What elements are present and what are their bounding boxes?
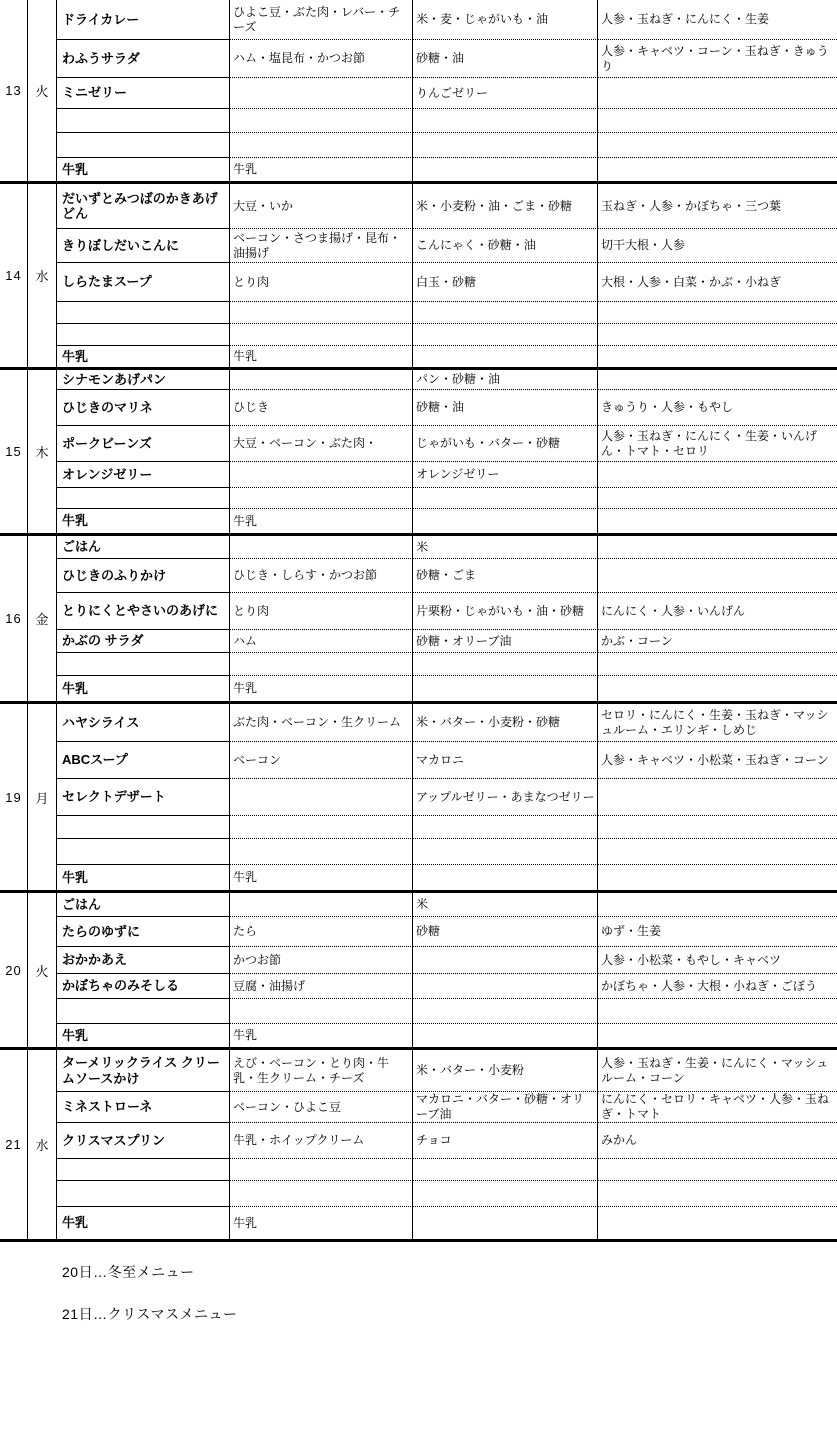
menu-row <box>57 302 837 324</box>
dish-name-cell <box>57 109 230 133</box>
day-rows: ターメリックライス クリームソースかけえび・ベーコン・とり肉・牛乳・生クリーム・… <box>57 1050 837 1239</box>
vegetable-ingredients-cell: にんにく・人参・いんげん <box>598 593 837 630</box>
carb-ingredients-cell <box>413 346 598 367</box>
protein-ingredients-cell: ベーコン <box>230 742 413 779</box>
dish-name-cell: ドライカレー <box>57 0 230 40</box>
carb-ingredients-cell <box>413 109 598 133</box>
dish-name-cell: ごはん <box>57 536 230 559</box>
carb-ingredients-cell: 砂糖・ごま <box>413 559 598 593</box>
dish-name-cell: ごはん <box>57 893 230 917</box>
menu-row <box>57 839 837 865</box>
carb-ingredients-cell: こんにゃく・砂糖・油 <box>413 229 598 263</box>
carb-ingredients-cell <box>413 865 598 890</box>
menu-row: わふうサラダハム・塩昆布・かつお節砂糖・油人参・キャベツ・コーン・玉ねぎ・きゅう… <box>57 40 837 78</box>
weekday-cell: 水 <box>28 1050 57 1239</box>
day-rows: ハヤシライスぶた肉・ベーコン・生クリーム米・バター・小麦粉・砂糖セロリ・にんにく… <box>57 704 837 890</box>
protein-ingredients-cell <box>230 488 413 509</box>
menu-row: オレンジゼリーオレンジゼリー <box>57 462 837 488</box>
dish-name-cell: 牛乳 <box>57 865 230 890</box>
menu-row <box>57 488 837 509</box>
day-block: 21水ターメリックライス クリームソースかけえび・ベーコン・とり肉・牛乳・生クリ… <box>0 1050 837 1242</box>
menu-row: かぼちゃのみそしる豆腐・油揚げかぼちゃ・人参・大根・小ねぎ・ごぼう <box>57 974 837 999</box>
carb-ingredients-cell: パン・砂糖・油 <box>413 370 598 390</box>
carb-ingredients-cell <box>413 488 598 509</box>
carb-ingredients-cell: 砂糖・油 <box>413 390 598 426</box>
lunch-menu-table: 13火ドライカレーひよこ豆・ぶた肉・レバー・チーズ米・麦・じゃがいも・油人参・玉… <box>0 0 837 1242</box>
weekday-cell: 火 <box>28 893 57 1047</box>
carb-ingredients-cell: マカロニ <box>413 742 598 779</box>
carb-ingredients-cell: 米 <box>413 893 598 917</box>
menu-row: 牛乳牛乳 <box>57 346 837 367</box>
carb-ingredients-cell: 砂糖・油 <box>413 40 598 78</box>
protein-ingredients-cell: えび・ベーコン・とり肉・牛乳・生クリーム・チーズ <box>230 1050 413 1092</box>
day-rows: だいずとみつばのかきあげどん大豆・いか米・小麦粉・油・ごま・砂糖玉ねぎ・人参・か… <box>57 184 837 367</box>
dish-name-cell: 牛乳 <box>57 509 230 533</box>
protein-ingredients-cell <box>230 1159 413 1181</box>
menu-row: セレクトデザートアップルゼリー・あまなつゼリー <box>57 779 837 816</box>
dish-name-cell <box>57 1181 230 1207</box>
vegetable-ingredients-cell <box>598 779 837 816</box>
menu-row: しらたまスープとり肉白玉・砂糖大根・人参・白菜・かぶ・小ねぎ <box>57 263 837 302</box>
protein-ingredients-cell: 豆腐・油揚げ <box>230 974 413 999</box>
dish-name-cell: おかかあえ <box>57 947 230 974</box>
protein-ingredients-cell: 大豆・いか <box>230 184 413 229</box>
menu-row: ドライカレーひよこ豆・ぶた肉・レバー・チーズ米・麦・じゃがいも・油人参・玉ねぎ・… <box>57 0 837 40</box>
dish-name-cell: クリスマスプリン <box>57 1123 230 1159</box>
date-cell: 14 <box>0 184 28 367</box>
protein-ingredients-cell: 牛乳 <box>230 676 413 701</box>
menu-row: ごはん米 <box>57 893 837 917</box>
day-block: 20火ごはん米たらのゆずにたら砂糖ゆず・生姜おかかあえかつお節人参・小松菜・もや… <box>0 893 837 1050</box>
protein-ingredients-cell: 牛乳 <box>230 1024 413 1047</box>
protein-ingredients-cell <box>230 816 413 839</box>
vegetable-ingredients-cell: きゅうり・人参・もやし <box>598 390 837 426</box>
protein-ingredients-cell: とり肉 <box>230 593 413 630</box>
dish-name-cell: かぼちゃのみそしる <box>57 974 230 999</box>
vegetable-ingredients-cell <box>598 488 837 509</box>
date-cell: 15 <box>0 370 28 533</box>
vegetable-ingredients-cell <box>598 653 837 676</box>
vegetable-ingredients-cell <box>598 346 837 367</box>
dish-name-cell <box>57 839 230 865</box>
dish-name-cell: 牛乳 <box>57 1024 230 1047</box>
vegetable-ingredients-cell: 人参・玉ねぎ・にんにく・生姜 <box>598 0 837 40</box>
protein-ingredients-cell <box>230 893 413 917</box>
menu-row: ミニゼリーりんごゼリー <box>57 78 837 109</box>
protein-ingredients-cell <box>230 370 413 390</box>
carb-ingredients-cell <box>413 974 598 999</box>
dish-name-cell: だいずとみつばのかきあげどん <box>57 184 230 229</box>
menu-row: 牛乳牛乳 <box>57 158 837 181</box>
dish-name-cell: ポークビーンズ <box>57 426 230 462</box>
dish-name-cell <box>57 324 230 346</box>
dish-name-cell: きりぼしだいこんに <box>57 229 230 263</box>
carb-ingredients-cell <box>413 509 598 533</box>
vegetable-ingredients-cell: 人参・玉ねぎ・生姜・にんにく・マッシュルーム・コーン <box>598 1050 837 1092</box>
menu-row: かぶの サラダハム砂糖・オリーブ油かぶ・コーン <box>57 630 837 653</box>
menu-row: ひじきのふりかけひじき・しらす・かつお節砂糖・ごま <box>57 559 837 593</box>
vegetable-ingredients-cell <box>598 509 837 533</box>
day-rows: シナモンあげパンパン・砂糖・油ひじきのマリネひじき砂糖・油きゅうり・人参・もやし… <box>57 370 837 533</box>
carb-ingredients-cell <box>413 839 598 865</box>
day-block: 13火ドライカレーひよこ豆・ぶた肉・レバー・チーズ米・麦・じゃがいも・油人参・玉… <box>0 0 837 184</box>
menu-row <box>57 324 837 346</box>
dish-name-cell: セレクトデザート <box>57 779 230 816</box>
weekday-cell: 火 <box>28 0 57 181</box>
dish-name-cell: ひじきのマリネ <box>57 390 230 426</box>
protein-ingredients-cell <box>230 324 413 346</box>
menu-row: 牛乳牛乳 <box>57 1207 837 1239</box>
menu-row: 牛乳牛乳 <box>57 865 837 890</box>
day-block: 16金ごはん米ひじきのふりかけひじき・しらす・かつお節砂糖・ごまとりにくとやさい… <box>0 536 837 704</box>
carb-ingredients-cell <box>413 1024 598 1047</box>
menu-row: ターメリックライス クリームソースかけえび・ベーコン・とり肉・牛乳・生クリーム・… <box>57 1050 837 1092</box>
protein-ingredients-cell: ひじき <box>230 390 413 426</box>
dish-name-cell <box>57 133 230 158</box>
protein-ingredients-cell: ひよこ豆・ぶた肉・レバー・チーズ <box>230 0 413 40</box>
carb-ingredients-cell <box>413 1207 598 1239</box>
dish-name-cell: 牛乳 <box>57 346 230 367</box>
date-cell: 21 <box>0 1050 28 1239</box>
menu-row: だいずとみつばのかきあげどん大豆・いか米・小麦粉・油・ごま・砂糖玉ねぎ・人参・か… <box>57 184 837 229</box>
carb-ingredients-cell: 米・小麦粉・油・ごま・砂糖 <box>413 184 598 229</box>
dish-name-cell <box>57 488 230 509</box>
menu-row <box>57 999 837 1024</box>
dish-name-cell: かぶの サラダ <box>57 630 230 653</box>
carb-ingredients-cell <box>413 158 598 181</box>
carb-ingredients-cell: 片栗粉・じゃがいも・油・砂糖 <box>413 593 598 630</box>
menu-row: クリスマスプリン牛乳・ホイップクリームチョコみかん <box>57 1123 837 1159</box>
carb-ingredients-cell <box>413 1181 598 1207</box>
dish-name-cell <box>57 816 230 839</box>
menu-row: 牛乳牛乳 <box>57 676 837 701</box>
menu-row: 牛乳牛乳 <box>57 1024 837 1047</box>
protein-ingredients-cell: ベーコン・ひよこ豆 <box>230 1092 413 1123</box>
protein-ingredients-cell: 牛乳・ホイップクリーム <box>230 1123 413 1159</box>
date-cell: 16 <box>0 536 28 701</box>
weekday-cell: 水 <box>28 184 57 367</box>
menu-row: ひじきのマリネひじき砂糖・油きゅうり・人参・もやし <box>57 390 837 426</box>
vegetable-ingredients-cell <box>598 536 837 559</box>
carb-ingredients-cell <box>413 653 598 676</box>
vegetable-ingredients-cell: かぶ・コーン <box>598 630 837 653</box>
menu-row: ごはん米 <box>57 536 837 559</box>
vegetable-ingredients-cell <box>598 324 837 346</box>
menu-row: ミネストローネベーコン・ひよこ豆マカロニ・バター・砂糖・オリーブ油にんにく・セロ… <box>57 1092 837 1123</box>
dish-name-cell: とりにくとやさいのあげに <box>57 593 230 630</box>
carb-ingredients-cell: アップルゼリー・あまなつゼリー <box>413 779 598 816</box>
vegetable-ingredients-cell <box>598 78 837 109</box>
footnotes: 20日…冬至メニュー 21日…クリスマスメニュー <box>62 1262 837 1324</box>
dish-name-cell: ターメリックライス クリームソースかけ <box>57 1050 230 1092</box>
protein-ingredients-cell: 牛乳 <box>230 865 413 890</box>
vegetable-ingredients-cell <box>598 999 837 1024</box>
vegetable-ingredients-cell: にんにく・セロリ・キャベツ・人参・玉ねぎ・トマト <box>598 1092 837 1123</box>
day-block: 14水だいずとみつばのかきあげどん大豆・いか米・小麦粉・油・ごま・砂糖玉ねぎ・人… <box>0 184 837 370</box>
footnote-winter-solstice: 20日…冬至メニュー <box>62 1262 837 1282</box>
menu-row: おかかあえかつお節人参・小松菜・もやし・キャベツ <box>57 947 837 974</box>
carb-ingredients-cell: 白玉・砂糖 <box>413 263 598 302</box>
protein-ingredients-cell: ハム・塩昆布・かつお節 <box>230 40 413 78</box>
protein-ingredients-cell: たら <box>230 917 413 947</box>
protein-ingredients-cell: ぶた肉・ベーコン・生クリーム <box>230 704 413 742</box>
dish-name-cell: ひじきのふりかけ <box>57 559 230 593</box>
dish-name-cell <box>57 999 230 1024</box>
vegetable-ingredients-cell: 人参・キャベツ・小松菜・玉ねぎ・コーン <box>598 742 837 779</box>
protein-ingredients-cell <box>230 653 413 676</box>
weekday-cell: 月 <box>28 704 57 890</box>
dish-name-cell: 牛乳 <box>57 158 230 181</box>
dish-name-cell: しらたまスープ <box>57 263 230 302</box>
dish-name-cell: オレンジゼリー <box>57 462 230 488</box>
carb-ingredients-cell <box>413 999 598 1024</box>
menu-row <box>57 1159 837 1181</box>
dish-name-cell: ハヤシライス <box>57 704 230 742</box>
dish-name-cell: ミニゼリー <box>57 78 230 109</box>
vegetable-ingredients-cell <box>598 302 837 324</box>
menu-row: ハヤシライスぶた肉・ベーコン・生クリーム米・バター・小麦粉・砂糖セロリ・にんにく… <box>57 704 837 742</box>
protein-ingredients-cell: 牛乳 <box>230 158 413 181</box>
protein-ingredients-cell: 牛乳 <box>230 509 413 533</box>
carb-ingredients-cell <box>413 947 598 974</box>
dish-name-cell: ミネストローネ <box>57 1092 230 1123</box>
carb-ingredients-cell: 砂糖 <box>413 917 598 947</box>
day-block: 15木シナモンあげパンパン・砂糖・油ひじきのマリネひじき砂糖・油きゅうり・人参・… <box>0 370 837 536</box>
vegetable-ingredients-cell <box>598 893 837 917</box>
carb-ingredients-cell: 米・麦・じゃがいも・油 <box>413 0 598 40</box>
menu-row: 牛乳牛乳 <box>57 509 837 533</box>
dish-name-cell: 牛乳 <box>57 676 230 701</box>
vegetable-ingredients-cell <box>598 109 837 133</box>
protein-ingredients-cell: とり肉 <box>230 263 413 302</box>
protein-ingredients-cell: 牛乳 <box>230 1207 413 1239</box>
weekday-cell: 金 <box>28 536 57 701</box>
dish-name-cell: 牛乳 <box>57 1207 230 1239</box>
vegetable-ingredients-cell: ゆず・生姜 <box>598 917 837 947</box>
menu-row <box>57 133 837 158</box>
menu-row: ポークビーンズ大豆・ベーコン・ぶた肉・じゃがいも・バター・砂糖人参・玉ねぎ・にん… <box>57 426 837 462</box>
carb-ingredients-cell: じゃがいも・バター・砂糖 <box>413 426 598 462</box>
carb-ingredients-cell: 米・バター・小麦粉 <box>413 1050 598 1092</box>
protein-ingredients-cell <box>230 839 413 865</box>
carb-ingredients-cell: 砂糖・オリーブ油 <box>413 630 598 653</box>
protein-ingredients-cell: かつお節 <box>230 947 413 974</box>
vegetable-ingredients-cell <box>598 839 837 865</box>
day-block: 19月ハヤシライスぶた肉・ベーコン・生クリーム米・バター・小麦粉・砂糖セロリ・に… <box>0 704 837 893</box>
dish-name-cell <box>57 1159 230 1181</box>
dish-name-cell <box>57 302 230 324</box>
vegetable-ingredients-cell: 切干大根・人参 <box>598 229 837 263</box>
carb-ingredients-cell: 米・バター・小麦粉・砂糖 <box>413 704 598 742</box>
vegetable-ingredients-cell: みかん <box>598 1123 837 1159</box>
vegetable-ingredients-cell <box>598 1159 837 1181</box>
protein-ingredients-cell <box>230 78 413 109</box>
date-cell: 13 <box>0 0 28 181</box>
vegetable-ingredients-cell <box>598 1207 837 1239</box>
vegetable-ingredients-cell <box>598 370 837 390</box>
menu-row: ABCスープベーコンマカロニ人参・キャベツ・小松菜・玉ねぎ・コーン <box>57 742 837 779</box>
menu-row: たらのゆずにたら砂糖ゆず・生姜 <box>57 917 837 947</box>
carb-ingredients-cell <box>413 302 598 324</box>
day-rows: ドライカレーひよこ豆・ぶた肉・レバー・チーズ米・麦・じゃがいも・油人参・玉ねぎ・… <box>57 0 837 181</box>
carb-ingredients-cell: りんごゼリー <box>413 78 598 109</box>
protein-ingredients-cell: ひじき・しらす・かつお節 <box>230 559 413 593</box>
vegetable-ingredients-cell <box>598 676 837 701</box>
protein-ingredients-cell <box>230 536 413 559</box>
day-rows: ごはん米ひじきのふりかけひじき・しらす・かつお節砂糖・ごまとりにくとやさいのあげ… <box>57 536 837 701</box>
protein-ingredients-cell: 大豆・ベーコン・ぶた肉・ <box>230 426 413 462</box>
protein-ingredients-cell: ベーコン・さつま揚げ・昆布・油揚げ <box>230 229 413 263</box>
vegetable-ingredients-cell: セロリ・にんにく・生姜・玉ねぎ・マッシュルーム・エリンギ・しめじ <box>598 704 837 742</box>
vegetable-ingredients-cell: 人参・玉ねぎ・にんにく・生姜・いんげん・トマト・セロリ <box>598 426 837 462</box>
protein-ingredients-cell: 牛乳 <box>230 346 413 367</box>
vegetable-ingredients-cell: 玉ねぎ・人参・かぼちゃ・三つ葉 <box>598 184 837 229</box>
carb-ingredients-cell: マカロニ・バター・砂糖・オリーブ油 <box>413 1092 598 1123</box>
vegetable-ingredients-cell <box>598 158 837 181</box>
menu-row <box>57 816 837 839</box>
vegetable-ingredients-cell <box>598 133 837 158</box>
carb-ingredients-cell: オレンジゼリー <box>413 462 598 488</box>
menu-row: とりにくとやさいのあげにとり肉片栗粉・じゃがいも・油・砂糖にんにく・人参・いんげ… <box>57 593 837 630</box>
day-rows: ごはん米たらのゆずにたら砂糖ゆず・生姜おかかあえかつお節人参・小松菜・もやし・キ… <box>57 893 837 1047</box>
vegetable-ingredients-cell: 人参・キャベツ・コーン・玉ねぎ・きゅうり <box>598 40 837 78</box>
menu-row <box>57 109 837 133</box>
carb-ingredients-cell <box>413 1159 598 1181</box>
dish-name-cell: たらのゆずに <box>57 917 230 947</box>
carb-ingredients-cell <box>413 133 598 158</box>
dish-name-cell: シナモンあげパン <box>57 370 230 390</box>
carb-ingredients-cell <box>413 324 598 346</box>
protein-ingredients-cell <box>230 779 413 816</box>
protein-ingredients-cell <box>230 133 413 158</box>
weekday-cell: 木 <box>28 370 57 533</box>
vegetable-ingredients-cell <box>598 1024 837 1047</box>
vegetable-ingredients-cell <box>598 865 837 890</box>
menu-row <box>57 653 837 676</box>
protein-ingredients-cell <box>230 302 413 324</box>
dish-name-cell <box>57 653 230 676</box>
vegetable-ingredients-cell <box>598 816 837 839</box>
footnote-christmas: 21日…クリスマスメニュー <box>62 1304 837 1324</box>
menu-row: きりぼしだいこんにベーコン・さつま揚げ・昆布・油揚げこんにゃく・砂糖・油切干大根… <box>57 229 837 263</box>
protein-ingredients-cell <box>230 109 413 133</box>
menu-row: シナモンあげパンパン・砂糖・油 <box>57 370 837 390</box>
vegetable-ingredients-cell <box>598 559 837 593</box>
dish-name-cell: ABCスープ <box>57 742 230 779</box>
vegetable-ingredients-cell: 大根・人参・白菜・かぶ・小ねぎ <box>598 263 837 302</box>
carb-ingredients-cell <box>413 676 598 701</box>
vegetable-ingredients-cell: かぼちゃ・人参・大根・小ねぎ・ごぼう <box>598 974 837 999</box>
vegetable-ingredients-cell: 人参・小松菜・もやし・キャベツ <box>598 947 837 974</box>
dish-name-cell: わふうサラダ <box>57 40 230 78</box>
date-cell: 19 <box>0 704 28 890</box>
protein-ingredients-cell <box>230 999 413 1024</box>
protein-ingredients-cell <box>230 1181 413 1207</box>
carb-ingredients-cell: チョコ <box>413 1123 598 1159</box>
protein-ingredients-cell: ハム <box>230 630 413 653</box>
menu-row <box>57 1181 837 1207</box>
date-cell: 20 <box>0 893 28 1047</box>
protein-ingredients-cell <box>230 462 413 488</box>
carb-ingredients-cell: 米 <box>413 536 598 559</box>
vegetable-ingredients-cell <box>598 462 837 488</box>
vegetable-ingredients-cell <box>598 1181 837 1207</box>
carb-ingredients-cell <box>413 816 598 839</box>
